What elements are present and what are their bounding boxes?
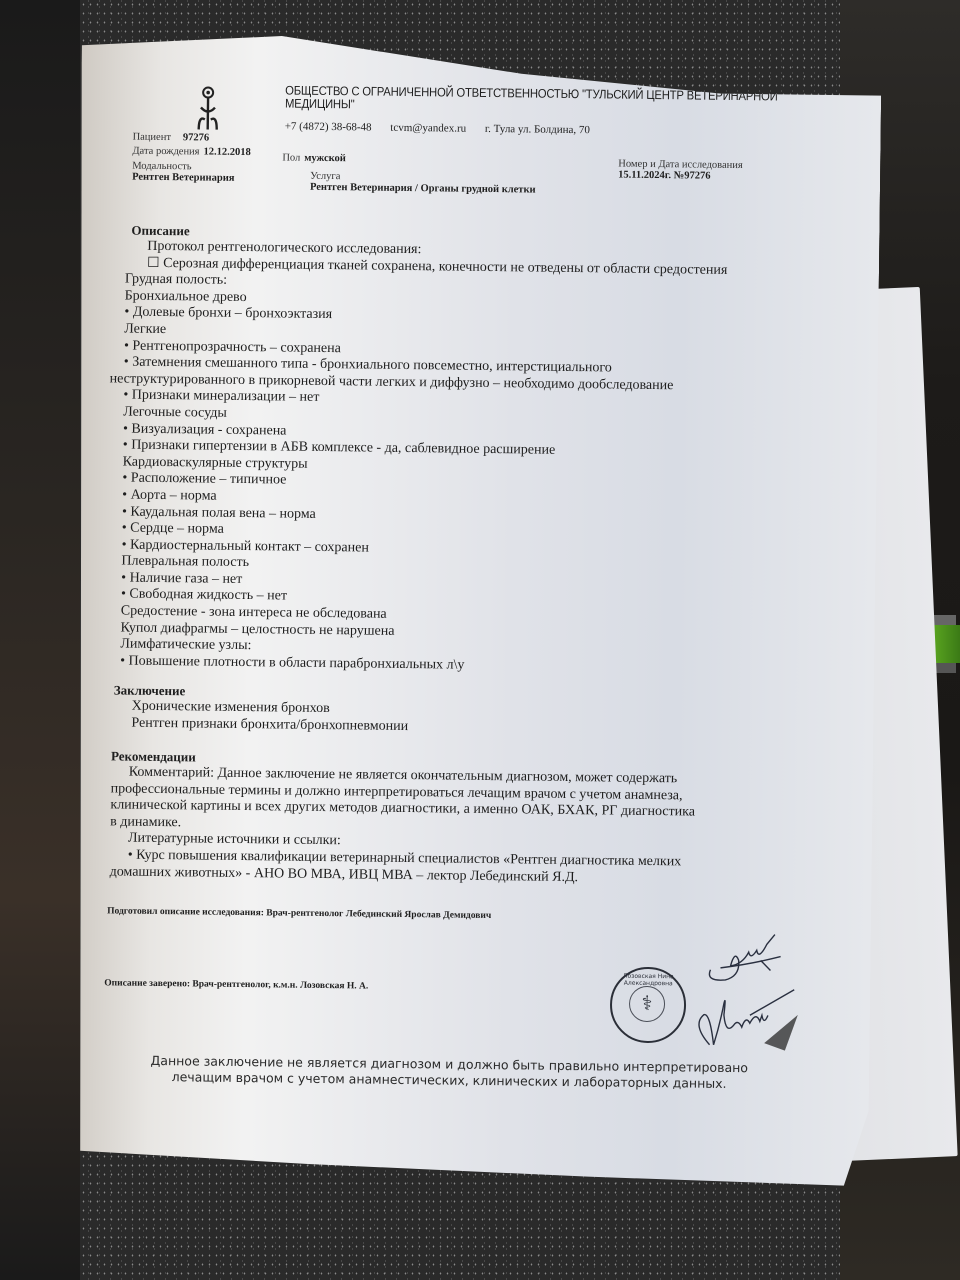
certified-by: Описание заверено: Врач-рентгенолог, к.м…: [104, 978, 368, 991]
patient-dob-value: 12.12.2018: [203, 146, 250, 158]
service: Услуга Рентген Ветеринария / Органы груд…: [310, 171, 536, 196]
clinic-email: tcvm@yandex.ru: [390, 122, 466, 135]
conclusion-heading: Заключение: [114, 682, 186, 699]
description-list: Протокол рентгенологического исследовани…: [120, 239, 728, 678]
prepared-by: Подготовил описание исследования: Врач-р…: [107, 906, 491, 921]
conclusion-line: Рентген признаки бронхита/бронхопневмони…: [131, 715, 408, 735]
clinic-phone: +7 (4872) 38-68-48: [285, 120, 372, 133]
modality: Модальность Рентген Ветеринария: [132, 161, 235, 184]
doctor-stamp: Лозовская Нина Александровна ⚕: [610, 967, 687, 1044]
recommendations-heading: Рекомендации: [111, 748, 196, 765]
description-heading: Описание: [131, 223, 189, 240]
service-value: Рентген Ветеринария / Органы грудной кле…: [310, 182, 536, 196]
recommendations-comment: Комментарий: Данное заключение не являет…: [110, 764, 696, 887]
conclusion-list: Хронические изменения бронхов Рентген пр…: [131, 699, 408, 736]
vet-xray-report-sheet: ОБЩЕСТВО С ОГРАНИЧЕННОЙ ОТВЕТСТВЕННОСТЬЮ…: [68, 22, 882, 1192]
footer-disclaimer: Данное заключение не является диагнозом …: [109, 1052, 789, 1092]
study-number-date: Номер и Дата исследования 15.11.2024г. №…: [618, 159, 743, 183]
signature-lebedinsky: [700, 930, 791, 991]
caduceus-bowl-icon: ⚕: [629, 986, 665, 1022]
modality-value: Рентген Ветеринария: [132, 172, 234, 184]
clinic-contacts: +7 (4872) 38-68-48 tcvm@yandex.ru г. Тул…: [285, 120, 606, 136]
clinic-address: г. Тула ул. Болдина, 70: [485, 123, 590, 136]
patient-dob-label: Дата рождения: [132, 146, 199, 158]
patient-sex-label: Пол: [282, 152, 300, 163]
study-value: 15.11.2024г. №97276: [618, 170, 743, 183]
patient-sex: Пол мужской: [282, 147, 346, 166]
patient-sex-value: мужской: [304, 153, 346, 165]
patient-dob: Дата рождения 12.12.2018: [132, 141, 251, 160]
